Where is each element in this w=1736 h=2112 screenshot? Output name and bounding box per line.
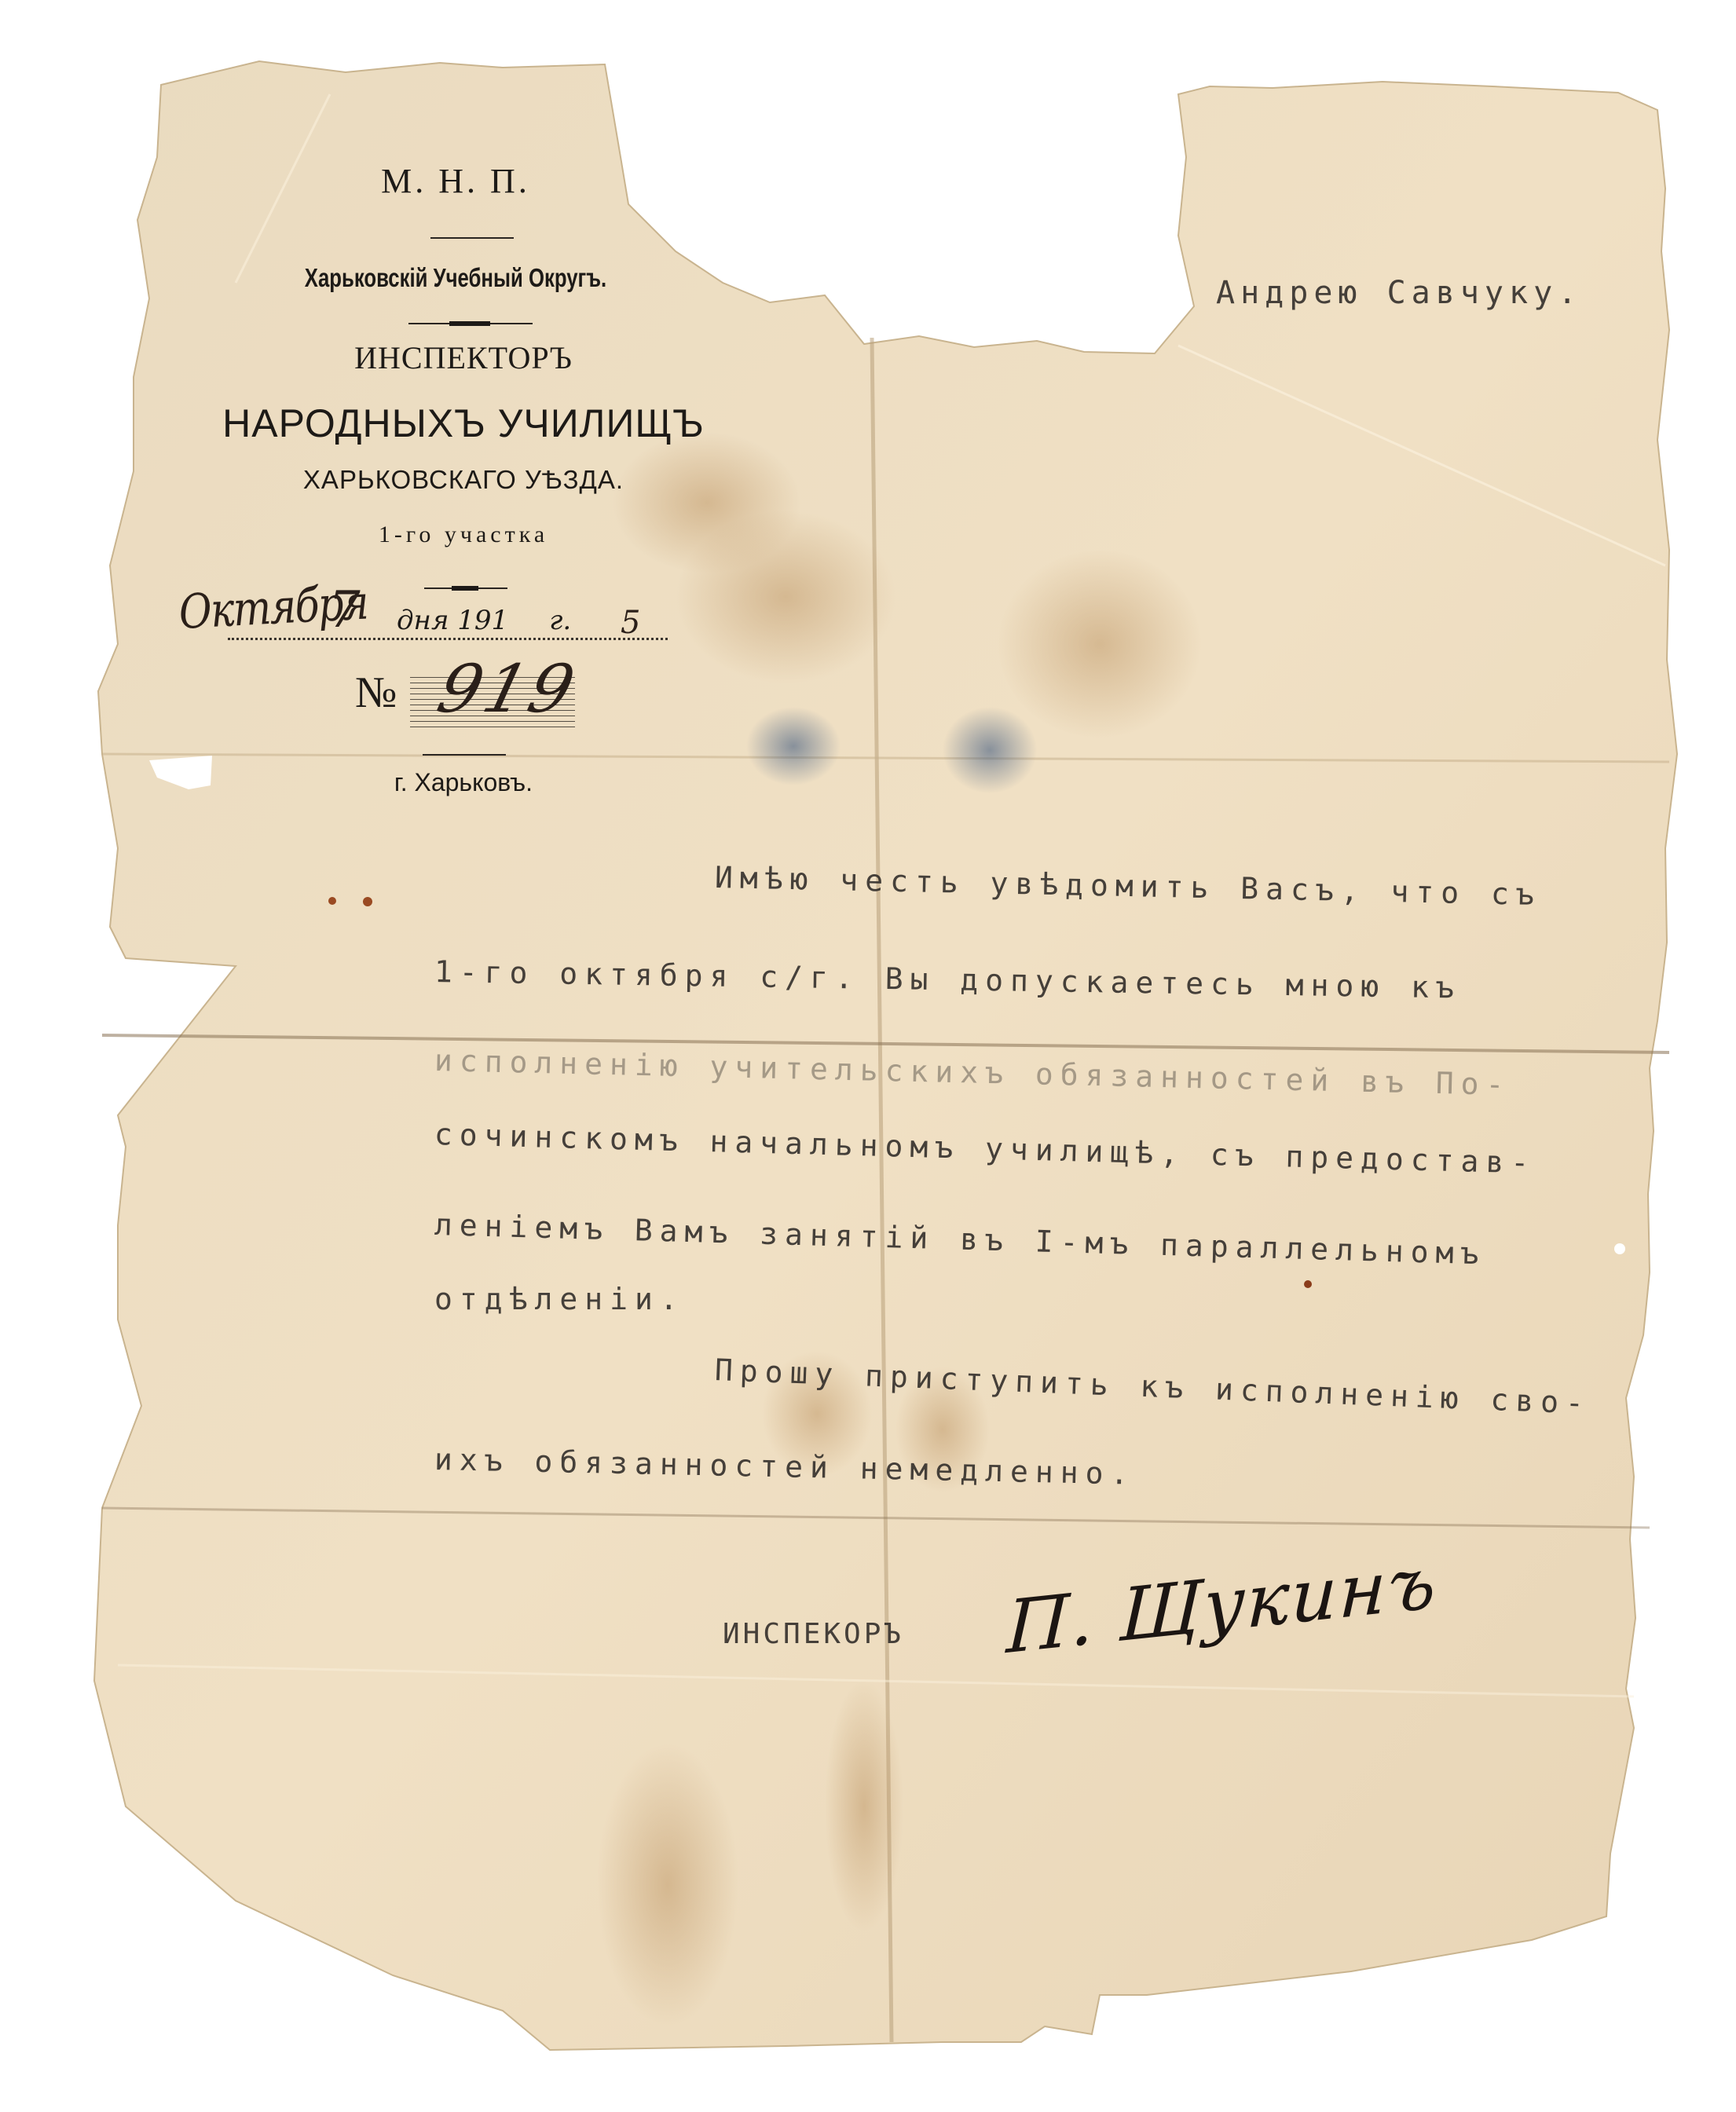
body-line: ихъ обязанностей немедленно. [434,1442,1136,1492]
body-line: Прошу приступить къ исполненію сво- [714,1352,1591,1421]
body-line: леніемъ Вамъ занятій въ I-мъ параллельно… [434,1207,1486,1271]
letter-content: Андрею Савчуку. Имѣю честь увѣдомить Вас… [0,0,1736,2112]
body-line: сочинскомъ начальномъ училищѣ, съ предос… [434,1117,1536,1180]
body-line: отдѣленіи. [434,1282,685,1316]
body-line-damaged: исполненію учительскихъ обязанностей въ … [434,1043,1511,1102]
body-line: Имѣю честь увѣдомить Васъ, что съ [715,860,1542,912]
signature-title: ИНСПЕКОРЪ [723,1618,904,1650]
handwritten-signature: П. Щукинъ [1005,1540,1439,1671]
addressee: Андрею Савчуку. [1216,275,1582,311]
body-line: 1-го октября с/г. Вы допускаетесь мною к… [434,954,1462,1005]
